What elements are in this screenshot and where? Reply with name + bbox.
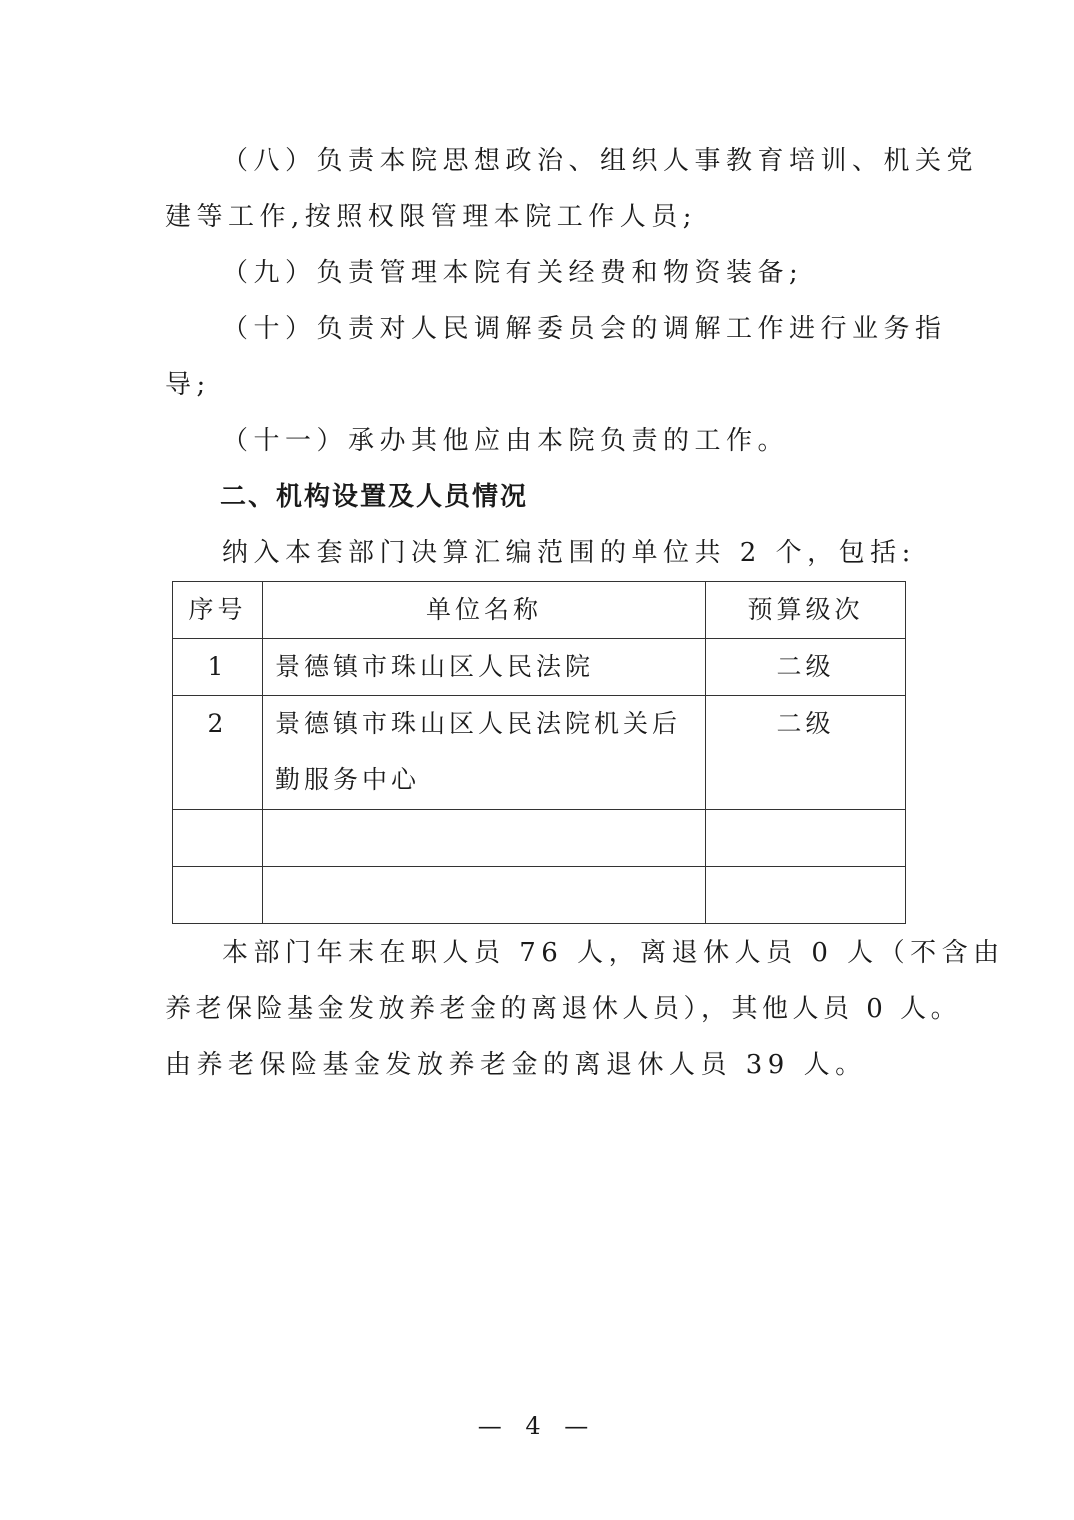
cell-level: 二级 [706, 639, 906, 696]
header-name: 单位名称 [263, 582, 706, 639]
table-row-empty [173, 810, 906, 867]
table-row: 1 景德镇市珠山区人民法院 二级 [173, 639, 906, 696]
section-heading: 二、机构设置及人员情况 [220, 482, 528, 512]
cell-name: 景德镇市珠山区人民法院 [263, 639, 706, 696]
page-number: — 4 — [0, 1412, 1074, 1440]
cell-level: 二级 [706, 696, 905, 752]
paragraph-line: （八）负责本院思想政治、组织人事教育培训、机关党 [222, 146, 978, 176]
header-no: 序号 [173, 582, 263, 639]
table-row: 2 景德镇市珠山区人民法院机关后 勤服务中心 二级 [173, 696, 906, 810]
header-level: 预算级次 [706, 582, 906, 639]
cell-no [173, 810, 263, 867]
table-row-empty [173, 867, 906, 924]
staff-line: 本部门年末在职人员 76 人，离退休人员 0 人（不含由 [222, 938, 1005, 968]
paragraph-line: 建等工作,按照权限管理本院工作人员; [165, 202, 697, 232]
cell-name [263, 810, 706, 867]
paragraph-line: （十）负责对人民调解委员会的调解工作进行业务指 [222, 314, 947, 344]
cell-level [706, 810, 906, 867]
cell-no: 1 [173, 639, 263, 696]
cell-no [173, 867, 263, 924]
cell-level [706, 867, 906, 924]
cell-name [263, 867, 706, 924]
intro-text: 纳入本套部门决算汇编范围的单位共 2 个，包括: [222, 538, 916, 568]
staff-line: 由养老保险基金发放养老金的离退休人员 39 人。 [165, 1050, 867, 1080]
cell-name: 景德镇市珠山区人民法院机关后 [275, 696, 705, 752]
cell-no: 2 [173, 696, 262, 752]
paragraph-line: 导; [165, 370, 211, 400]
paragraph-line: （十一）承办其他应由本院负责的工作。 [222, 426, 789, 456]
cell-name-line2: 勤服务中心 [275, 752, 705, 808]
table-header-row: 序号 单位名称 预算级次 [173, 582, 906, 639]
staff-line: 养老保险基金发放养老金的离退休人员），其他人员 0 人。 [165, 994, 961, 1024]
paragraph-line: （九）负责管理本院有关经费和物资装备; [222, 258, 803, 288]
units-table: 序号 单位名称 预算级次 1 景德镇市珠山区人民法院 二级 2 景德镇市珠山区人… [172, 581, 906, 924]
